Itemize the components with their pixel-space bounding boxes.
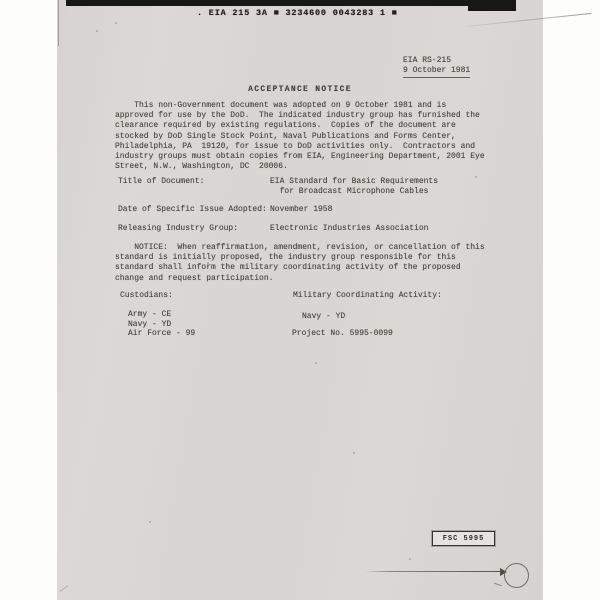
- title-of-document-value: EIA Standard for Basic Requirements for …: [270, 177, 438, 197]
- project-number: Project No. 5995-0099: [292, 329, 393, 339]
- notice-line: change and request participation.: [115, 274, 485, 284]
- fsc-stamp: FSC 5995: [432, 531, 495, 546]
- industry-group-label: Releasing Industry Group:: [118, 224, 238, 234]
- document-id-line: . EIA 215 3A ■ 3234600 0043283 1 ■: [197, 8, 398, 18]
- document-scan-page: . EIA 215 3A ■ 3234600 0043283 1 ■ EIA R…: [57, 0, 543, 600]
- scan-noise-speck: [475, 176, 477, 178]
- intro-line: clearance required by existing regulatio…: [115, 121, 485, 131]
- scan-noise-speck: [149, 521, 151, 523]
- notice-line: NOTICE: When reaffirmation, amendment, r…: [115, 243, 485, 253]
- scan-noise-speck: [409, 558, 411, 560]
- scan-noise-speck: [315, 362, 317, 364]
- scan-noise-speck: [96, 30, 98, 32]
- notice-line: standard shall inform the military coord…: [115, 263, 485, 273]
- scan-noise-speck: [115, 22, 117, 24]
- intro-line: This non-Government document was adopted…: [115, 101, 485, 111]
- scan-noise-speck: [207, 262, 209, 264]
- custodians-label: Custodians:: [120, 291, 173, 301]
- custodian-item: Army - CE: [128, 310, 195, 320]
- title-of-document-label: Title of Document:: [118, 177, 204, 187]
- scan-noise-speck: [353, 452, 355, 454]
- custodian-item: Air Force - 99: [128, 329, 195, 339]
- intro-line: Street, N.W., Washington, DC 20006.: [115, 162, 485, 172]
- issue-date-value: November 1958: [270, 205, 332, 215]
- custodians-list: Army - CE Navy - YD Air Force - 99: [128, 310, 195, 339]
- adoption-date: 9 October 1981: [403, 66, 470, 78]
- notice-paragraph: NOTICE: When reaffirmation, amendment, r…: [115, 243, 485, 284]
- coordinating-activity-value: Navy - YD: [302, 312, 345, 322]
- intro-line: approved for use by the DoD. The indicat…: [115, 111, 485, 121]
- intro-line: Philadelphia, PA 19120, for issue to DoD…: [115, 142, 485, 152]
- circle-annotation-mark: [504, 563, 529, 588]
- scanned-document-viewport: . EIA 215 3A ■ 3234600 0043283 1 ■ EIA R…: [0, 0, 600, 600]
- custodian-item: Navy - YD: [128, 320, 195, 330]
- coordinating-activity-label: Military Coordinating Activity:: [293, 291, 442, 301]
- acceptance-notice-heading: ACCEPTANCE NOTICE: [57, 85, 543, 95]
- issue-date-label: Date of Specific Issue Adopted:: [118, 205, 267, 215]
- intro-line: stocked by DoD Single Stock Point, Naval…: [115, 132, 485, 142]
- intro-paragraph: This non-Government document was adopted…: [115, 101, 485, 172]
- intro-line: industry groups must obtain copies from …: [115, 152, 485, 162]
- notice-line: standard is initially proposed, the indu…: [115, 253, 485, 263]
- annotation-line: [365, 571, 503, 572]
- standard-number: EIA RS-215: [403, 56, 470, 66]
- industry-group-value: Electronic Industries Association: [270, 224, 428, 234]
